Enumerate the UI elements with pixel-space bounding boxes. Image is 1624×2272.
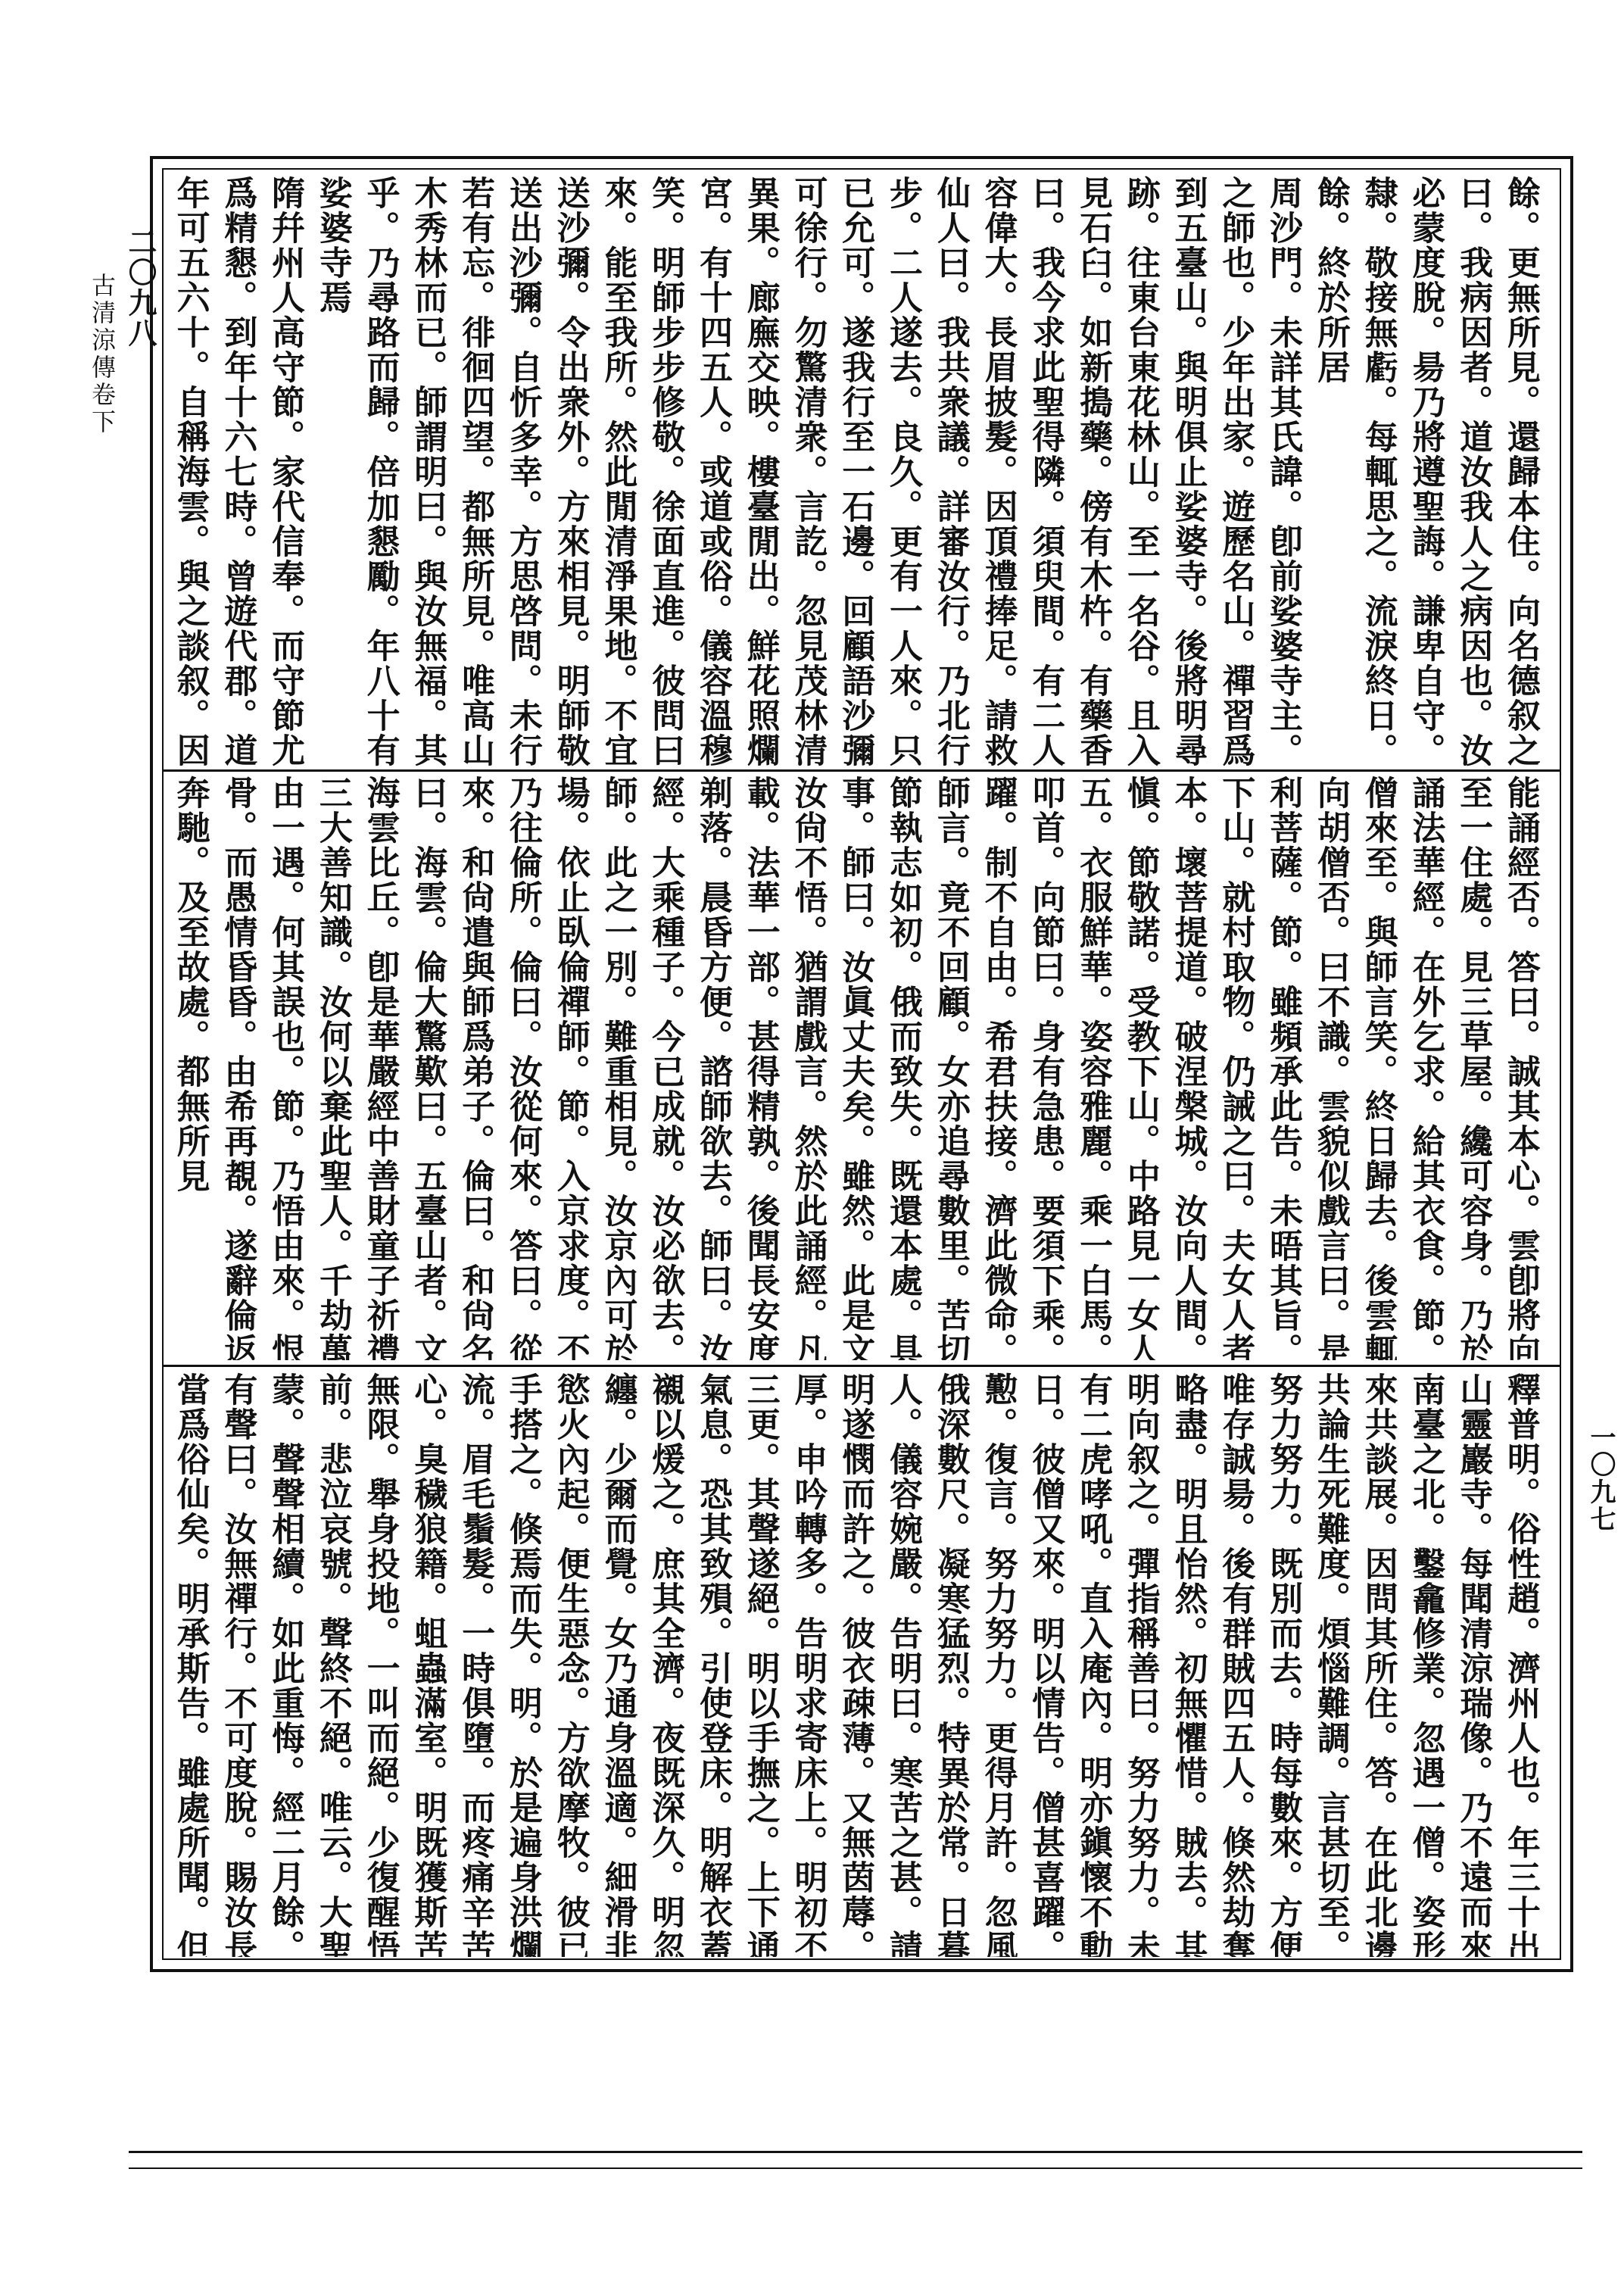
text-column: 海雲比丘。卽是華嚴經中善財童子祈禮。第 (363, 776, 410, 1360)
register-divider (164, 769, 1560, 772)
text-column: 懃。復言。努力努力。更得月許。忽風雪飄駛。 (980, 1372, 1028, 1957)
text-column: 叩首。向節曰。身有急患。要須下乘。馬好跳 (1028, 776, 1076, 1360)
footer-rule (129, 2167, 1582, 2169)
text-column: 向胡僧否。曰不識。雲貌似戲言曰。是文殊師 (1313, 776, 1361, 1360)
text-column: 跡。往東台東花林山。至一名谷。且入深山。忽 (1123, 176, 1170, 766)
text-column: 周沙門。未詳其氏諱。卽前娑婆寺主。明禪師 (1265, 176, 1313, 766)
text-column: 五。衣服鮮華。姿容雅麗。乘一白馬。直趣其前 (1075, 776, 1123, 1360)
text-column: 氣息。恐其致殞。引使登床。明解衣蓋。及手足 (695, 1372, 743, 1957)
text-column: 厚。申吟轉多。告明求寄床上。明初不許。比至 (790, 1372, 838, 1957)
text-column: 可徐行。勿驚清衆。言訖。忽見茂林清泉。名花 (790, 176, 838, 766)
text-column: 前。悲泣哀號。聲終不絕。唯云。大聖願捨愚 (315, 1372, 363, 1957)
text-column: 曰。我病因者。道汝我人之病因也。汝當覺之。 (1455, 176, 1503, 766)
text-column: 誦法華經。在外乞求。給其衣食。節。屢見胡 (1408, 776, 1456, 1360)
register-bottom: 釋普明。俗性趙。濟州人也。年三十出家。止泰山靈巖寺。每聞清涼瑞像。乃不遠而來遊。… (168, 1372, 1555, 1957)
text-column: 隸。敬接無虧。每輒思之。流淚終日。年七十 (1361, 176, 1408, 766)
text-column: 送沙彌。令出衆外。方來相見。明師敬諾。承命 (553, 176, 600, 766)
text-column: 俄深數尺。凝寒猛烈。特異於常。日暮有一婦 (933, 1372, 980, 1957)
text-column: 容偉大。長眉披髮。因頂禮捧足。請救危厄。 (980, 176, 1028, 766)
text-column: 蒙。聲聲相續。如此重悔。經二月餘。忽聞空中 (267, 1372, 315, 1957)
left-page-number: 二〇九八 (120, 227, 161, 436)
text-column: 人。儀容婉嚴。告明曰。寒苦之甚。請寄龕中。 (885, 1372, 933, 1957)
text-column: 來。和尙遣與師爲弟子。倫曰。和尙名誰。答 (457, 776, 505, 1360)
text-column: 笑。明師步步修敬。徐面直進。彼問曰。汝從何 (647, 176, 695, 766)
text-column: 見石臼。如新搗藥。傍有木杵。有藥香。師告明 (1075, 176, 1123, 766)
text-column: 送出沙彌。自忻多幸。方思啓問。未行數步。恍 (505, 176, 553, 766)
text-column: 乎。乃尋路而歸。倍加懇勵。年八十有四。卒於 (363, 176, 410, 766)
text-column: 爲精懇。到年十六七時。曾遊代郡。道遇沙門。 (220, 176, 268, 766)
text-column: 躍。制不自由。希君扶接。濟此微命。節。遂念 (980, 776, 1028, 1360)
text-column: 師言。竟不回顧。女亦追尋數里。苦切其辭。 (933, 776, 980, 1360)
text-column: 無限。舉身投地。一叫而絕。少復醒悟。投地如 (363, 1372, 410, 1957)
text-column: 娑婆寺焉 (315, 176, 363, 766)
text-column: 有二虎哮吼。直入庵內。明亦鎭懷不動。次兩 (1075, 1372, 1123, 1957)
text-column: 餘。更無所見。還歸本住。向名德叙之。識者告 (1503, 176, 1551, 766)
text-column: 來。能至我所。然此閒清淨果地。不宜小兒。汝 (600, 176, 648, 766)
text-column: 日。彼僧又來。明以情告。僧甚喜躍。然意望殷 (1028, 1372, 1076, 1957)
text-column: 愼。節敬諾。受教下山。中路見一女人。年十四 (1123, 776, 1170, 1360)
text-column: 慾火內起。便生惡念。方欲摩牧。彼已下床。以 (553, 1372, 600, 1957)
text-column: 若有忘。徘徊四望。都無所見。唯高山巨谷。蟠 (457, 176, 505, 766)
footer-rule (129, 2151, 1582, 2153)
left-margin: 二〇九八 古清涼傳卷下 (85, 227, 161, 436)
text-column: 三更。其聲遂絕。明以手撫之。上下通冷。纔有 (743, 1372, 790, 1957)
text-column: 手搭之。倏焉而失。明。於是遍身洪爛。百穴膿 (505, 1372, 553, 1957)
text-column: 宮。有十四五人。或道或俗。儀容溫穆。對坐談 (695, 176, 743, 766)
text-column: 流。眉毛鬚髮。一時俱墮。而疼痛辛苦。徹骨貫 (457, 1372, 505, 1957)
text-column: 曰。我今求此聖得隣。須臾間。有二人至。形 (1028, 176, 1076, 766)
text-column: 有聲曰。汝無禪行。不可度脫。賜汝長松。服之 (220, 1372, 268, 1957)
text-column: 已允可。遂我行至一石邊。回顧語沙彌曰。汝 (838, 176, 886, 766)
text-column: 釋普明。俗性趙。濟州人也。年三十出家。止泰 (1503, 1372, 1551, 1957)
text-column: 節執志如初。俄而致失。既還本處。具陳其 (885, 776, 933, 1360)
text-column: 本。壞菩提道。破涅槃城。汝向人間。宜其深 (1170, 776, 1218, 1360)
text-column: 由一遇。何其誤也。節。乃悟由來。恨不碎其身 (267, 776, 315, 1360)
register-divider (164, 1365, 1560, 1367)
text-column: 餘。終於所居 (1313, 176, 1361, 766)
register-top: 餘。更無所見。還歸本住。向名德叙之。識者告曰。我病因者。道汝我人之病因也。汝當覺… (168, 176, 1555, 766)
text-column: 仙人曰。我共衆議。詳審汝行。乃北行二十餘 (933, 176, 980, 766)
text-column: 襯以煖之。庶其全濟。夜既深久。明忽爲睡 (647, 1372, 695, 1957)
text-column: 載。法華一部。甚得精孰。後聞長安度人。心希 (743, 776, 790, 1360)
text-column: 南臺之北。鑿龕修業。忽遇一僧。姿形偉盛。 (1408, 1372, 1456, 1957)
register-middle: 能誦經否。答曰。誠其本心。雲卽將向臺山。至一住處。見三草屋。纔可容身。乃於中止。… (168, 776, 1555, 1360)
text-column: 奔馳。及至故處。都無所見 (173, 776, 220, 1360)
text-column: 之師也。少年出家。遊歷名山。禪習爲業。晚 (1218, 176, 1266, 766)
text-column: 明向叙之。彈指稱善曰。努力努力。未經少時。 (1123, 1372, 1170, 1957)
text-column: 事。師曰。汝眞丈夫矣。雖然。此是文殊菩薩。 (838, 776, 886, 1360)
text-column: 纏。少爾而覺。女乃通身溫適。細滑非常。明遂 (600, 1372, 648, 1957)
text-column: 剃落。晨昏方便。諮師欲去。師曰。汝誦得法華 (695, 776, 743, 1360)
text-column: 木秀林而已。師謂明曰。與汝無福。其若是 (410, 176, 458, 766)
text-column: 乃往倫所。倫曰。汝從何來。答曰。從五臺山 (505, 776, 553, 1360)
text-column: 略盡。明且怡然。初無懼惜。賊去。其僧遂至。 (1170, 1372, 1218, 1957)
running-head: 古清涼傳卷下 (85, 273, 120, 436)
text-column: 到五臺山。與明俱止娑婆寺。後將明尋求聖 (1170, 176, 1218, 766)
text-column: 場。依止臥倫禪師。節。入京求度。不遂其心。 (553, 776, 600, 1360)
text-column: 步。二人遂去。良久。更有一人來。只云。汝來 (885, 176, 933, 766)
text-column: 唯存誠昜。後有群賊四五人。倏然劫奪。緣身 (1218, 1372, 1266, 1957)
text-column: 當爲俗仙矣。明承斯告。雖處所聞。但未識長 (173, 1372, 220, 1957)
text-column: 能誦經否。答曰。誠其本心。雲卽將向臺山。 (1503, 776, 1551, 1360)
text-column: 汝尙不悟。猶謂戲言。然於此誦經。凡歷三 (790, 776, 838, 1360)
text-column: 曰。海雲。倫大驚歎曰。五臺山者。文殊所居。 (410, 776, 458, 1360)
right-page-number: 一〇九七 (1582, 1424, 1619, 1533)
text-column: 異果。廊廡交映。樓臺閒出。鮮花照爛。狀若天 (743, 176, 790, 766)
text-column: 骨。而愚情昏昏。由希再覩。遂辭倫返迹。日夜 (220, 776, 268, 1360)
text-column: 共論生死難度。煩惱難調。言甚切至。祇云。 (1313, 1372, 1361, 1957)
text-column: 年可五六十。自稱海雲。與之談叙。因謂曰。兒 (173, 176, 220, 766)
text-column: 至一住處。見三草屋。纔可容身。乃於中止。教 (1455, 776, 1503, 1360)
text-column: 必蒙度脫。昜乃將遵聖誨。謙卑自守。縱遇童 (1408, 176, 1456, 766)
text-column: 經。大乘種子。今已成就。汝必欲去。當詢好 (647, 776, 695, 1360)
text-column: 僧來至。與師言笑。終日歸去。後雲輒問。識 (1361, 776, 1408, 1360)
text-column: 利菩薩。節。雖頻承此告。未晤其旨。後忽使節 (1265, 776, 1313, 1360)
text-column: 心。臭穢狼籍。蛆蟲滿室。明既獲斯苦。慨責 (410, 1372, 458, 1957)
text-column: 明遂憫而許之。彼衣疎薄。又無茵蓐。更深雪 (838, 1372, 886, 1957)
text-column: 三大善知識。汝何以棄此聖人。千劫萬劫。無 (315, 776, 363, 1360)
text-column: 下山。就村取物。仍誡之曰。夫女人者。衆惡之 (1218, 776, 1266, 1360)
text-column: 山靈巖寺。每聞清涼瑞像。乃不遠而來遊。於 (1455, 1372, 1503, 1957)
text-column: 隋幷州人高守節。家代信奉。而守節尤深。最 (267, 176, 315, 766)
text-column: 來共談展。因問其所住。答。在此北邊耳。遂 (1361, 1372, 1408, 1957)
text-column: 師。此之一別。難重相見。汝京內可於禪定道 (600, 776, 648, 1360)
text-column: 努力努力。既別而去。時每數來。方便周旋。 (1265, 1372, 1313, 1957)
